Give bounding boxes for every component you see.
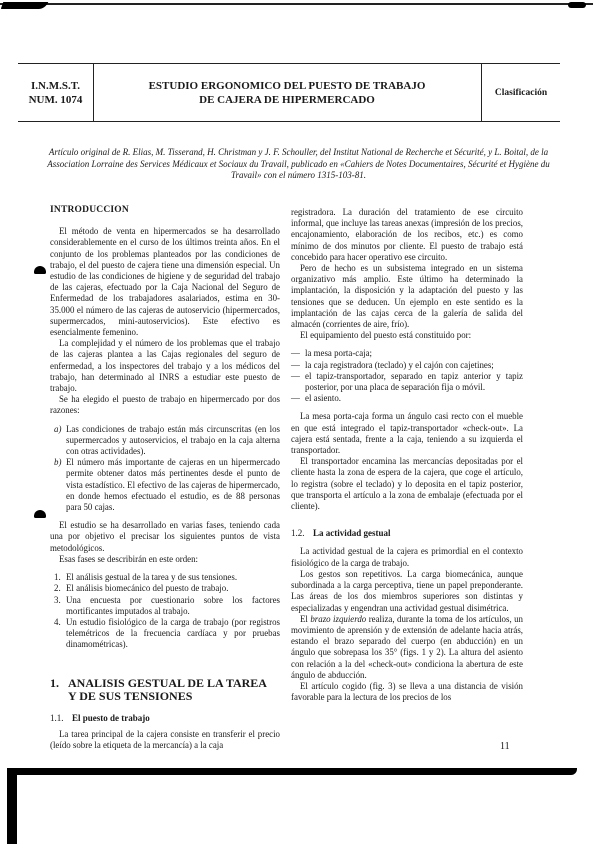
scan-artifact: [1, 2, 49, 9]
document-header: I.N.M.S.T. NUM. 1074 ESTUDIO ERGONOMICO …: [18, 63, 560, 122]
scan-bottom-border: [7, 768, 577, 775]
reasons-list: a)Las condiciones de trabajo están más c…: [50, 424, 280, 514]
list-item: b)El número más importante de cajeras en…: [50, 457, 280, 513]
list-marker: b): [54, 457, 61, 468]
paragraph: Los gestos son repetitivos. La carga bio…: [291, 569, 523, 614]
paragraph: El transportador encamina las mercancías…: [291, 456, 523, 512]
scan-top-border: [0, 3, 593, 5]
list-item: 3.Una encuesta por cuestionario sobre lo…: [50, 595, 280, 617]
list-item: a)Las condiciones de trabajo están más c…: [50, 424, 280, 458]
paragraph: El método de venta en hipermercados se h…: [50, 226, 280, 338]
paragraph: registradora. La duración del tratamient…: [291, 207, 523, 263]
list-item: —el tapiz-transportador, separado en tap…: [291, 371, 523, 393]
list-marker: 4.: [54, 617, 61, 628]
list-marker: a): [54, 424, 61, 435]
paragraph: Pero de hecho es un subsistema integrado…: [291, 263, 523, 330]
section-1-heading: 1.ANALISIS GESTUAL DE LA TAREA Y DE SUS …: [50, 677, 280, 703]
page-number: 11: [500, 741, 510, 752]
introduction-heading: INTRODUCCION: [50, 205, 280, 216]
scan-left-border: [7, 768, 17, 844]
list-item: —el asiento.: [291, 393, 523, 404]
institute-code: I.N.M.S.T. NUM. 1074: [18, 64, 94, 121]
document-title: ESTUDIO ERGONOMICO DEL PUESTO DE TRABAJO…: [93, 64, 482, 121]
scan-corner: [17, 775, 25, 783]
title-line-1: ESTUDIO ERGONOMICO DEL PUESTO DE TRABAJO: [149, 79, 426, 93]
scan-artifact: [568, 2, 586, 8]
phases-list: 1.El análisis gestual de la tarea y de s…: [50, 572, 280, 650]
list-item: 1.El análisis gestual de la tarea y de s…: [50, 572, 280, 583]
list-item: 2.El análisis biomecánico del puesto de …: [50, 583, 280, 594]
binder-hole-mark: [34, 266, 46, 274]
paragraph: El equipamiento del puesto está constitu…: [291, 330, 523, 341]
list-marker: 2.: [54, 583, 61, 594]
document-number: NUM. 1074: [29, 93, 83, 107]
subsection-1-2-heading: 1.2.La actividad gestual: [291, 528, 523, 539]
paragraph: La tarea principal de la cajera consiste…: [50, 729, 280, 751]
list-item: 4.Un estudio fisiológico de la carga de …: [50, 617, 280, 651]
left-column: INTRODUCCION El método de venta en hiper…: [50, 205, 280, 751]
paragraph: El artículo cogido (fig. 3) se lleva a u…: [291, 681, 523, 703]
paragraph: Esas fases se describirán en este orden:: [50, 554, 280, 565]
paragraph: La mesa porta-caja forma un ángulo casi …: [291, 411, 523, 456]
article-attribution: Artículo original de R. Elias, M. Tisser…: [46, 147, 551, 182]
list-marker: 1.: [54, 572, 61, 583]
institute-name: I.N.M.S.T.: [31, 79, 80, 93]
title-line-2: DE CAJERA DE HIPERMERCADO: [199, 93, 375, 107]
paragraph: La complejidad y el número de los proble…: [50, 338, 280, 394]
list-marker: 3.: [54, 595, 61, 606]
subsection-1-1-heading: 1.1.El puesto de trabajo: [50, 713, 280, 724]
section-number: 1.: [50, 677, 68, 690]
emphasis: brazo izquierdo: [310, 614, 366, 624]
paragraph: Se ha elegido el puesto de trabajo en hi…: [50, 394, 280, 416]
list-item: —la caja registradora (teclado) y el caj…: [291, 360, 523, 371]
binder-hole-mark: [34, 510, 46, 518]
paragraph: El brazo izquierdo realiza, durante la t…: [291, 614, 523, 681]
equipment-list: —la mesa porta-caja; —la caja registrado…: [291, 348, 523, 404]
right-column: registradora. La duración del tratamient…: [291, 207, 523, 703]
list-item: —la mesa porta-caja;: [291, 348, 523, 359]
paragraph: La actividad gestual de la cajera es pri…: [291, 546, 523, 568]
classification-label: Clasificación: [482, 64, 560, 121]
paragraph: El estudio se ha desarrollado en varias …: [50, 520, 280, 554]
